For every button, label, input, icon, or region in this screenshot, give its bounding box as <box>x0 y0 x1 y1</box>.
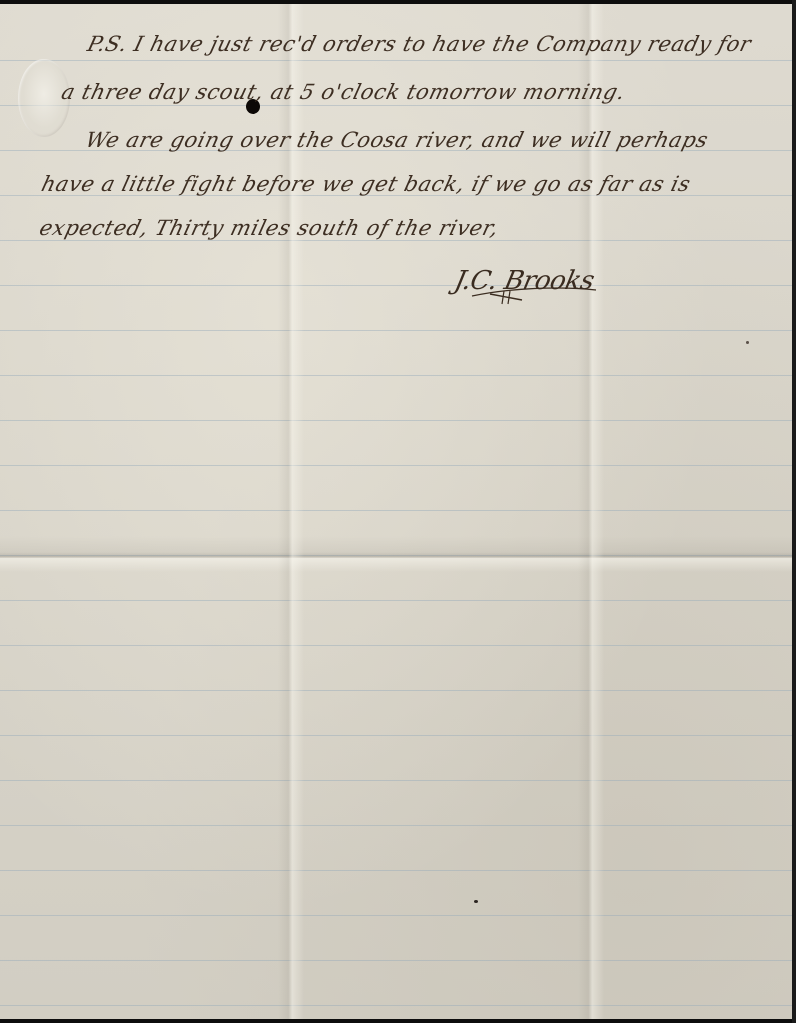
scan-edge <box>792 0 796 1023</box>
letter-line-1: P.S. I have just rec'd orders to have th… <box>85 32 754 56</box>
paper-sheet: P.S. I have just rec'd orders to have th… <box>0 4 792 1019</box>
letter-line-2: a three day scout, at 5 o'clock tomorrow… <box>59 80 628 104</box>
signature-flourish-icon <box>450 274 600 314</box>
letter-body: P.S. I have just rec'd orders to have th… <box>0 4 792 1019</box>
scanned-letter: P.S. I have just rec'd orders to have th… <box>0 0 796 1023</box>
letter-line-3: We are going over the Coosa river, and w… <box>83 128 711 152</box>
letter-line-4: have a little fight before we get back, … <box>39 172 693 196</box>
letter-line-5: expected, Thirty miles south of the rive… <box>37 216 501 240</box>
